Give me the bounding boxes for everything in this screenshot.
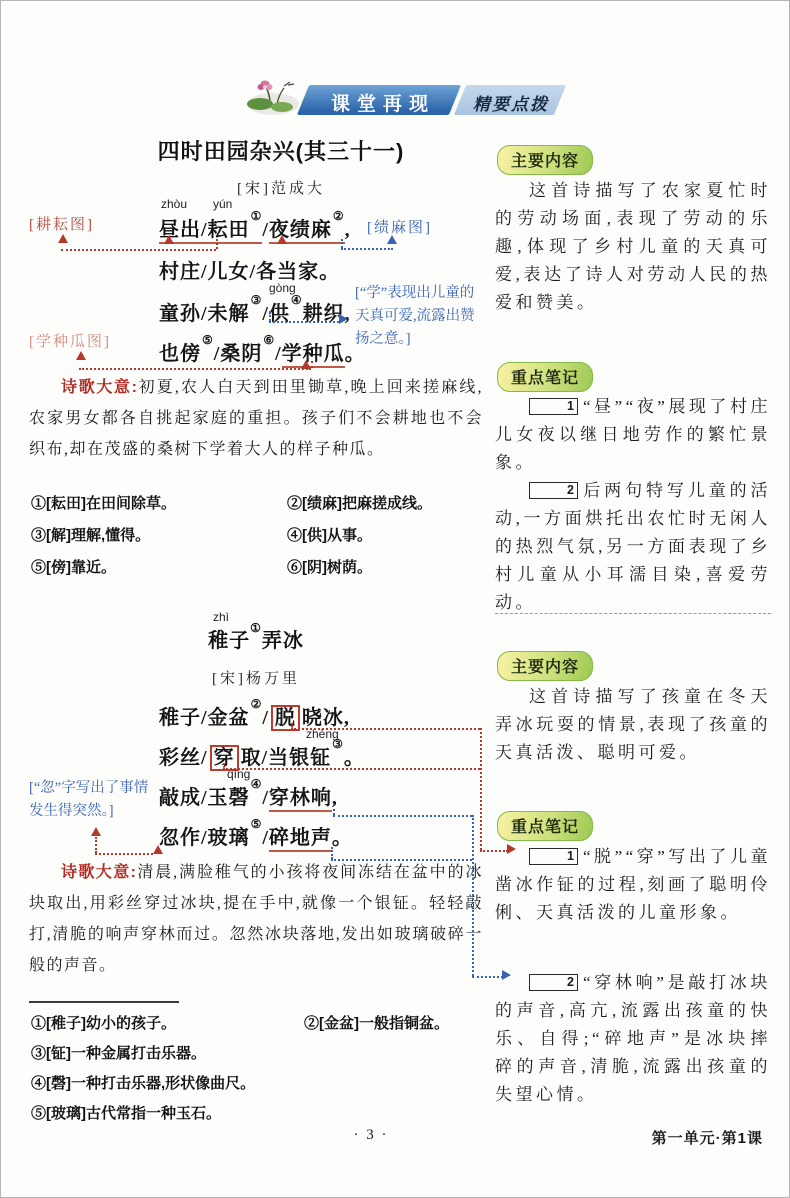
key-note-2-1: 1“脱”“穿”写出了儿童凿冰作钲的过程,刻画了聪明伶俐、天真活泼的儿童形象。 [495,843,771,927]
connector-red-hu [95,853,153,855]
arrow-up-ye [277,235,287,244]
poem1-line-2: 村庄/儿女/各当家。 [159,255,340,284]
key-note-1-1: 1“昼”“夜”展现了村庄儿女夜以继日地劳作的繁忙景象。 [495,393,771,477]
connector-blue-jima-v [341,239,343,248]
note-number: 2 [529,482,578,499]
poem2-l4-underlined: 碎地声 [269,827,332,852]
unit-lesson-label: 第一单元·第1课 [591,1127,763,1148]
connector-red-p1l1-v [216,239,218,249]
connector-blue-chuanlin-v [333,804,335,815]
pinyin-yun: yún [213,197,232,211]
pinyin-zhi: zhì [213,610,229,624]
label-xuezhonggua-tu: [学种瓜图] [29,330,111,351]
poem2-meaning-label: 诗歌大意: [61,864,137,881]
arrow-up-zhou [164,235,174,244]
connector-blue-gengzhi [269,321,339,323]
poem1-line-1: 昼出/耘田①/夜绩麻②, [159,213,351,242]
poem1-meaning: 诗歌大意:初夏,农人白天到田里锄草,晚上回来搓麻线,农家男女都各自挑起家庭的重担… [29,372,483,465]
connector-blue-gengzhi-v [269,311,271,321]
arrow-up-hu [153,845,163,854]
footnote: ⑥[阴]树荫。 [287,552,483,584]
page-number: · 3 · [336,1127,406,1144]
connector-red-p1l4-v [311,361,313,368]
lotus-icon [244,77,302,117]
connector-blue-suidi [331,859,472,861]
pinyin-zhou: zhòu [161,197,187,211]
connector-red-p1l4 [79,368,311,370]
book-page: 课堂再现 精要点拨 四时田园杂兴(其三十一) [宋]范成大 zhòu yún 昼… [0,0,790,1198]
footnote: ④[供]从事。 [287,520,483,552]
footnote: ②[金盆]一般指铜盆。 [304,1009,483,1039]
footnote: ①[耘田]在田间除草。 [31,488,287,520]
footnote: ②[绩麻]把麻搓成线。 [287,488,483,520]
main-content-2-text: 这首诗描写了孩童在冬天弄冰玩耍的情景,表现了孩童的天真活泼、聪明可爱。 [495,683,771,767]
connector-blue-suidi-v [331,847,333,859]
poem1-meaning-label: 诗歌大意: [61,379,138,396]
poem2-line-2: 彩丝/穿取/当银钲③。 [159,741,365,770]
poem1-line-4: 也傍⑤/桑阴⑥/学种瓜。 [159,337,366,366]
poem2-l3-underlined: 穿林响 [269,787,332,812]
arrow-right-note-xue [339,314,348,324]
footnote-divider [29,1001,179,1003]
arrow-up-xuezhonggua-label [76,351,86,360]
footnote: ①[稚子]幼小的孩子。 [31,1009,304,1039]
connector-blue-right-v [472,815,474,976]
banner-sub-title: 精要点拨 [463,90,559,115]
badge-key-notes-2: 重点笔记 [497,811,593,841]
poem2-meaning: 诗歌大意:清晨,满脸稚气的小孩将夜间冻结在盆中的冰块取出,用彩丝穿过冰块,提在手… [29,857,483,981]
arrow-up-zhonggua [301,360,311,369]
poem2-footnotes: ①[稚子]幼小的孩子。 ②[金盆]一般指铜盆。 ③[钲]一种金属打击乐器。 ④[… [31,1009,483,1129]
poem2-line-1: 稚子/金盆②/脱晓冰, [159,701,350,730]
arrow-up-gengyun-label [58,234,68,243]
main-content-1-text: 这首诗描写了农家夏忙时的劳动场面,表现了劳动的乐趣,体现了乡村儿童的天真可爱,表… [495,177,771,317]
poem1-author: [宋]范成大 [81,177,481,198]
note-number: 2 [529,974,578,991]
badge-key-notes-1: 重点笔记 [497,362,593,392]
arrow-up-note-hu [91,827,101,836]
poem1-footnotes: ①[耘田]在田间除草。 ②[绩麻]把麻搓成线。 ③[解]理解,懂得。 ④[供]从… [31,488,483,584]
connector-red-p1l1 [61,249,216,251]
note-number: 1 [529,848,578,865]
badge-main-content-1: 主要内容 [497,145,593,175]
badge-main-content-2: 主要内容 [497,651,593,681]
arrow-right-key-note-2-2 [502,970,511,980]
footnote: ⑤[玻璃]古代常指一种玉石。 [31,1099,483,1129]
note-hu: [“忽”字写出了事情发生得突然。] [29,777,157,823]
poem1-l4-underlined: 学种瓜 [282,343,345,368]
footnote: ③[钲]一种金属打击乐器。 [31,1039,483,1069]
label-gengyun-tu: [耕耘图] [29,213,94,234]
poem2-line-4: 忽作/玻璃⑤/碎地声。 [159,821,353,850]
arrow-up-jima-label [387,235,397,244]
key-note-1-2: 2后两句特写儿童的活动,一方面烘托出农忙时无闲人的热烈气氛,另一方面表现了乡村儿… [495,477,771,617]
connector-red-hu-v [95,837,97,853]
connector-red-tuo [291,728,480,730]
connector-red-right-v [480,728,482,850]
poem2-author: [宋]杨万里 [56,667,456,688]
sidebar-divider [495,613,771,614]
arrow-right-key-note-2-1 [507,844,516,854]
poem1-l1-underlined-a: 昼出/耘田① [159,219,262,244]
banner-main-title: 课堂再现 [313,89,453,116]
poem1-title: 四时田园杂兴(其三十一) [81,135,481,166]
connector-blue-to-note2 [472,976,503,978]
connector-blue-chuanlin [333,815,472,817]
poem2-line-3: 敲成/玉磬④/穿林响, [159,781,338,810]
footnote: ③[解]理解,懂得。 [31,520,287,552]
footnote: ④[磬]一种打击乐器,形状像曲尺。 [31,1069,483,1099]
connector-red-chuan [223,768,480,770]
key-note-2-2: 2“穿林响”是敲打冰块的声音,高亢,流露出孩童的快乐、自得;“碎地声”是冰块摔碎… [495,969,771,1109]
label-jima-tu: [绩麻图] [367,216,432,237]
footnote: ⑤[傍]靠近。 [31,552,287,584]
connector-red-to-note1 [480,850,508,852]
note-xue: [“学”表现出儿童的天真可爱,流露出赞扬之意。] [355,282,483,351]
connector-blue-jima [341,248,393,250]
note-number: 1 [529,398,578,415]
poem2-title: 稚子①弄冰 [56,624,456,653]
